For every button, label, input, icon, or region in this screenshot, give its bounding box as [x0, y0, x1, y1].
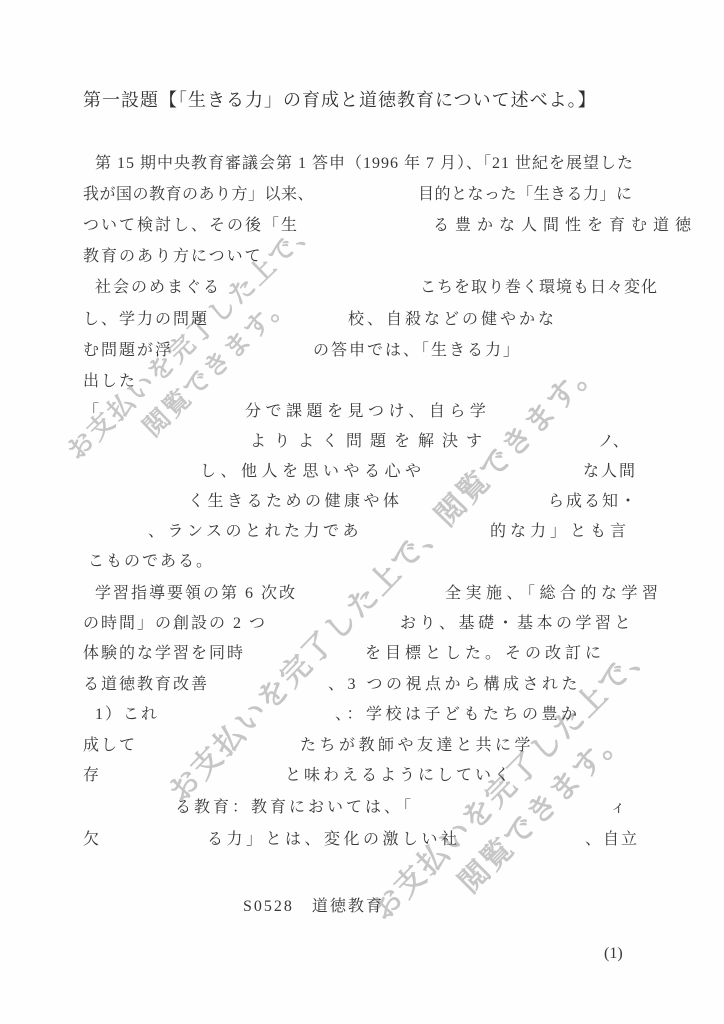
line-segment: 存 [83, 762, 101, 785]
body-line: く生きるための健康や体ら成る知・ [0, 488, 724, 512]
line-segment: 的な力」とも言 [490, 518, 630, 541]
page-number: (1) [604, 945, 623, 963]
line-segment: る力」とは、変化の激しい社 [207, 826, 461, 849]
line-segment: 成して [83, 732, 137, 755]
line-segment: 学習指導要領の第 6 次改 [95, 580, 297, 603]
document-page: お支払いを完了した上で、 閲覧できます。 お支払いを完了した上で、閲覧できます。… [0, 0, 724, 1024]
body-line: 我が国の教育のあり方」以来、目的となった「生きる力」に [0, 181, 724, 205]
body-line: 教育のあり方について [0, 243, 724, 267]
body-line: し、学力の問題校、自殺などの健やかな [0, 306, 724, 330]
line-segment: の答申では、「生きる力」 [313, 337, 521, 360]
line-segment: 「 [83, 398, 99, 421]
line-segment: 目的となった「生きる力」に [418, 181, 633, 204]
body-line: 体験的な学習を同時を目標とした。その改訂に [0, 640, 724, 664]
line-segment: ノ、 [598, 428, 629, 451]
line-segment: し、学力の問題 [83, 306, 209, 329]
body-line: 成してたちが教師や友達と共に学 [0, 732, 724, 756]
line-segment: たちが教師や友達と共に学 [300, 732, 534, 755]
body-line: る道徳教育改善、3 つの視点から構成された [0, 671, 724, 695]
line-segment: な人間 [583, 458, 637, 481]
body-line: よりよく問題を解決すノ、 [0, 428, 724, 452]
line-segment: おり、基礎・基本の学習と [400, 610, 634, 633]
line-segment: 欠 [83, 826, 101, 849]
body-line: こものである。 [0, 548, 724, 572]
line-segment: 、ランスのとれた力であ [148, 518, 362, 541]
body-line: 学習指導要領の第 6 次改全実施、「総合的な学習 [0, 580, 724, 604]
body-line: 「分で課題を見つけ、自ら学 [0, 398, 724, 422]
body-line: の時間」の創設の 2 つおり、基礎・基本の学習と [0, 610, 724, 634]
line-segment: む問題が浮 [83, 337, 173, 360]
line-segment: 校、自殺などの健やかな [348, 306, 557, 329]
body-line: る教育：教育においては、「ィ [0, 794, 724, 818]
line-segment: る道徳教育改善 [83, 671, 209, 694]
line-segment: こちを取り巻く環境も日々変化 [420, 274, 658, 297]
body-line: 存と味わえるようにしていく [0, 762, 724, 786]
line-segment: ィ [610, 794, 626, 817]
line-segment: く生きるための健康や体 [188, 488, 403, 511]
body-line: 1）これ、：学校は子どもたちの豊か [0, 701, 724, 725]
line-segment: の時間」の創設の 2 つ [83, 610, 267, 633]
body-line: 社会のめまぐるこちを取り巻く環境も日々変化 [0, 274, 724, 298]
line-segment: と味わえるようにしていく [285, 762, 513, 785]
line-segment: 第 15 期中央教育審議会第 1 答申（1996 年 7 月）、「21 世紀を展… [95, 150, 634, 173]
line-segment: よりよく問題を解決す [250, 428, 490, 451]
line-segment: 教育のあり方について [83, 243, 263, 266]
body-line: 出した [0, 368, 724, 392]
line-segment: る教育：教育においては、「 [175, 794, 414, 817]
line-segment: 、3 つの視点から構成された [328, 671, 581, 694]
body-line: 第 15 期中央教育審議会第 1 答申（1996 年 7 月）、「21 世紀を展… [0, 150, 724, 174]
line-segment: ついて検討し、その後「生 [83, 212, 299, 235]
line-segment: を目標とした。その改訂に [365, 640, 605, 663]
line-segment: 分で課題を見つけ、自ら学 [245, 398, 490, 421]
line-segment: る豊かな人間性を育む道徳 [433, 212, 697, 235]
line-segment: 1）これ [95, 701, 159, 724]
body-line: 欠る力」とは、変化の激しい社、自立 [0, 826, 724, 850]
line-segment: こものである。 [88, 548, 214, 571]
body-line: 、ランスのとれた力であ的な力」とも言 [0, 518, 724, 542]
footer-course-code: S0528 道徳教育 [243, 893, 384, 916]
line-segment: 我が国の教育のあり方」以来、 [83, 181, 314, 204]
line-segment: 、：学校は子どもたちの豊か [335, 701, 581, 724]
line-segment: 全実施、「総合的な学習 [445, 580, 663, 603]
line-segment: ら成る知・ [548, 488, 638, 511]
line-segment: 体験的な学習を同時 [83, 640, 245, 663]
text-layer: 第 15 期中央教育審議会第 1 答申（1996 年 7 月）、「21 世紀を展… [0, 0, 724, 1024]
line-segment: し、他人を思いやる心や [200, 458, 426, 481]
body-line: ついて検討し、その後「生る豊かな人間性を育む道徳 [0, 212, 724, 236]
line-segment: 社会のめまぐる [95, 274, 221, 297]
line-segment: 出した [83, 368, 137, 391]
line-segment: 、自立 [585, 826, 639, 849]
body-line: し、他人を思いやる心やな人間 [0, 458, 724, 482]
body-line: む問題が浮の答申では、「生きる力」 [0, 337, 724, 361]
